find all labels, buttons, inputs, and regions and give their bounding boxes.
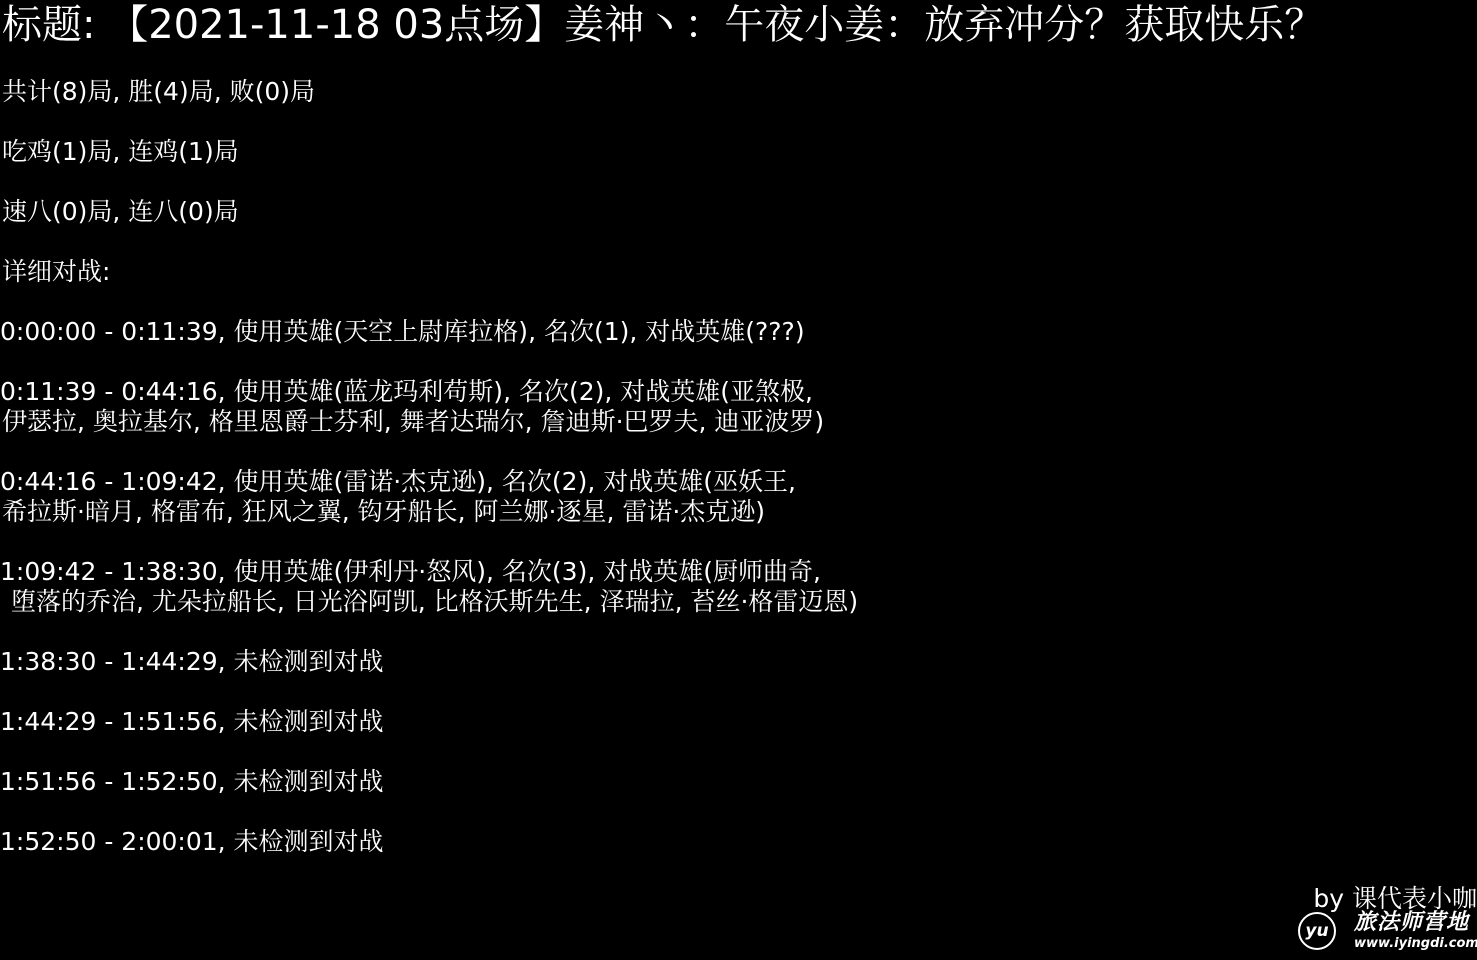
summary-chicken: 吃鸡(1)局, 连鸡(1)局 (2, 137, 239, 167)
match-1-line1: 0:00:00 - 0:11:39, 使用英雄(天空上尉库拉格), 名次(1),… (0, 317, 805, 347)
match-3-line2: 希拉斯·暗月, 格雷布, 狂风之翼, 钩牙船长, 阿兰娜·逐星, 雷诺·杰克逊) (2, 497, 765, 527)
match-3-line1: 0:44:16 - 1:09:42, 使用英雄(雷诺·杰克逊), 名次(2), … (0, 467, 796, 497)
details-heading: 详细对战: (2, 257, 110, 287)
match-6-line1: 1:44:29 - 1:51:56, 未检测到对战 (0, 707, 384, 737)
logo-url: www.iyingdi.com (1354, 936, 1477, 952)
watermark-logo: yu 旅法师营地 www.iyingdi.com (1296, 910, 1477, 960)
logo-badge-icon: yu (1298, 912, 1336, 950)
summary-speed-eight: 速八(0)局, 连八(0)局 (2, 197, 239, 227)
summary-totals: 共计(8)局, 胜(4)局, 败(0)局 (2, 77, 315, 107)
match-2-line1: 0:11:39 - 0:44:16, 使用英雄(蓝龙玛利苟斯), 名次(2), … (0, 377, 813, 407)
match-4-line2: 堕落的乔治, 尤朵拉船长, 日光浴阿凯, 比格沃斯先生, 泽瑞拉, 苔丝·格雷迈… (11, 587, 858, 617)
match-7-line1: 1:51:56 - 1:52:50, 未检测到对战 (0, 767, 384, 797)
page-title: 标题: 【2021-11-18 03点场】姜神丶：午夜小姜：放弃冲分？获取快乐？ (2, 2, 1324, 48)
match-2-line2: 伊瑟拉, 奥拉基尔, 格里恩爵士芬利, 舞者达瑞尔, 詹迪斯·巴罗夫, 迪亚波罗… (2, 407, 824, 437)
match-8-line1: 1:52:50 - 2:00:01, 未检测到对战 (0, 827, 384, 857)
logo-name: 旅法师营地 (1354, 910, 1469, 936)
match-4-line1: 1:09:42 - 1:38:30, 使用英雄(伊利丹·怒风), 名次(3), … (0, 557, 821, 587)
match-5-line1: 1:38:30 - 1:44:29, 未检测到对战 (0, 647, 384, 677)
